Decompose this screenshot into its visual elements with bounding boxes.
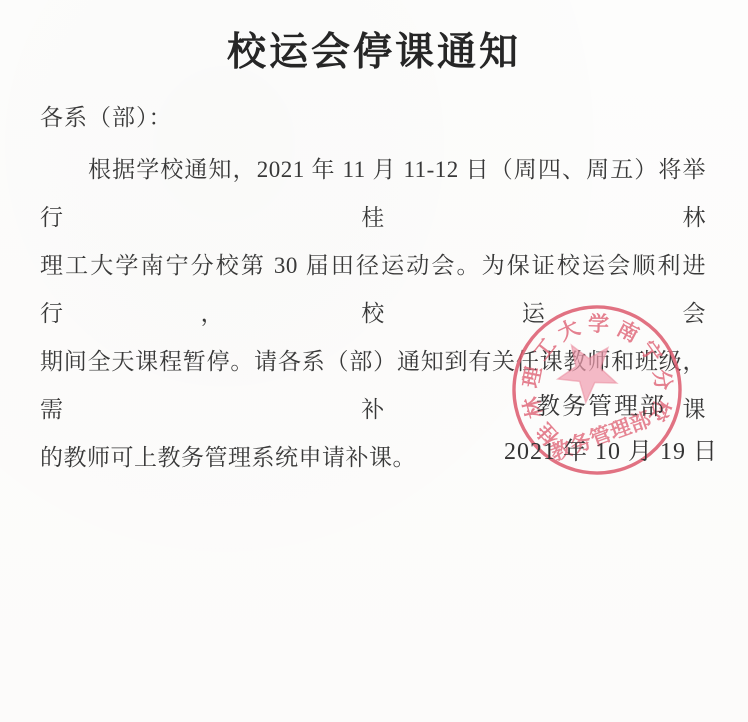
seal-ring-char: 南 [613, 316, 643, 347]
seal-ring-char: 学 [588, 312, 610, 336]
page-title: 校运会停课通知 [0, 28, 748, 78]
salutation: 各系（部）： [40, 104, 706, 132]
signature-department: 教务管理部 [536, 386, 666, 421]
seal-ring-char: 大 [554, 315, 583, 346]
signature-date: 2021 年 10 月 19 日 [504, 431, 718, 466]
scanned-notice-document: 校运会停课通知 各系（部）： 根据学校通知，2021 年 11 月 11-12 … [0, 0, 748, 722]
body-line: 根据学校通知，2021 年 11 月 11-12 日（周四、周五）将举行桂林 [40, 146, 706, 242]
